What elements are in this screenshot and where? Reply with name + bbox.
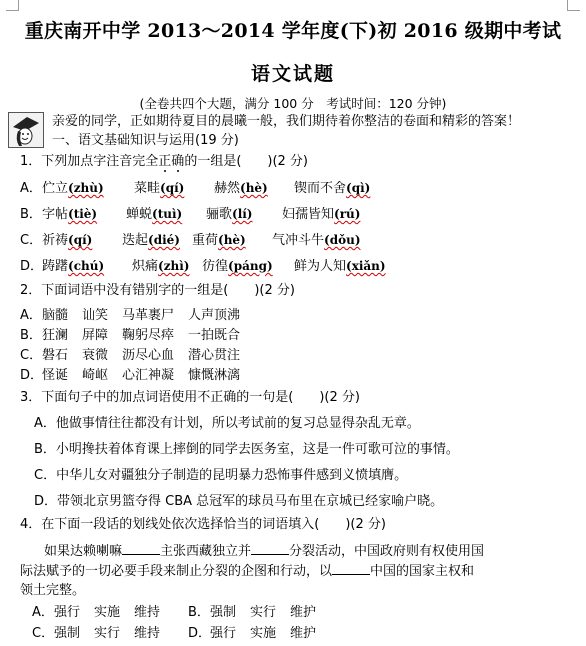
fill-blank-3[interactable] <box>332 562 370 575</box>
word: 维持 <box>134 604 188 622</box>
pinyin: (rú) <box>334 207 360 221</box>
graduation-cap-figure-icon <box>9 113 43 147</box>
word: 心汇神凝 <box>122 367 188 385</box>
q4-paragraph-line-2: 际法赋予的一切必要手段来制止分裂的企图和行动，以中国的国家主权和 <box>20 562 474 581</box>
word: 强行 <box>210 625 250 643</box>
word: 彷徨 <box>202 259 228 274</box>
pinyin: (xiǎn) <box>346 259 386 273</box>
word: 实施 <box>250 625 290 643</box>
word: 维护 <box>290 625 316 643</box>
option-label: B． <box>20 206 42 224</box>
word: 维护 <box>290 604 316 622</box>
word: 维持 <box>134 625 188 643</box>
word: 沥尽心血 <box>122 347 188 365</box>
word: 强制 <box>54 625 94 643</box>
word: 实施 <box>94 604 134 622</box>
word: 慷慨淋漓 <box>188 367 240 385</box>
option-label: C． <box>32 625 54 643</box>
paragraph-text: 如果达赖喇嘛 <box>44 544 122 559</box>
option-label: A． <box>32 604 54 622</box>
pinyin: (tiè) <box>68 207 97 221</box>
word: 祈祷 <box>42 233 68 248</box>
pinyin: (lí) <box>232 207 252 221</box>
pinyin: (dǒu) <box>324 233 360 247</box>
q1-stem-text: 的一组是( )(2 分) <box>184 154 308 169</box>
word: 强行 <box>54 604 94 622</box>
q4-options-row-2: C．强制实行维持D．强行实施维护 <box>32 625 316 643</box>
q2-option-b: B．狂澜屏障鞠躬尽瘁一拍既合 <box>20 327 240 345</box>
q4-stem: 4．在下面一段话的划线处依次选择恰当的词语填入( )(2 分) <box>20 516 386 534</box>
greeting-text: 亲爱的同学，正如期待夏目的晨曦一般，我们期待着你整洁的卷面和精彩的答案！ <box>52 113 520 131</box>
word: 骊歌 <box>206 207 232 222</box>
word: 潜心贯注 <box>188 347 240 365</box>
word: 菜畦 <box>134 181 160 196</box>
word: 实行 <box>250 604 290 622</box>
q1-stem: 1．下列加点字注音完全正确的一组是( )(2 分) <box>20 153 308 171</box>
q3-option-c: C．中华儿女对疆独分子制造的昆明暴力恐怖事件感到义愤填膺。 <box>34 467 407 485</box>
word: 迭起 <box>122 233 148 248</box>
option-label: B． <box>188 604 210 622</box>
q3-stem: 3．下面句子中的加点词语使用不正确的一句是( )(2 分) <box>20 389 360 407</box>
exam-title: 重庆南开中学 2013～2014 学年度(下)初 2016 级期中考试 <box>0 16 586 43</box>
option-label: D． <box>20 367 42 385</box>
option-label: C． <box>20 347 42 365</box>
word: 狂澜 <box>42 327 82 345</box>
word: 赫然 <box>214 181 240 196</box>
word: 气冲斗牛 <box>272 233 324 248</box>
word: 讪笑 <box>82 307 122 325</box>
paragraph-text: 分裂活动，中国政府则有权使用国 <box>289 544 484 559</box>
pinyin: (zhì) <box>158 259 189 273</box>
q2-option-d: D．怪诞崎岖心汇神凝慷慨淋漓 <box>20 367 240 385</box>
option-label: A． <box>20 307 42 325</box>
paragraph-text: 主张西藏独立并 <box>160 544 251 559</box>
q1-option-b: B．字帖(tiè)蝉蜕(tuì)骊歌(lí)妇孺皆知(rú) <box>20 205 360 224</box>
q1-option-c: C．祈祷(qí)迭起(dié)重荷(hè)气冲斗牛(dǒu) <box>20 231 361 250</box>
word: 锲而不舍 <box>294 181 346 196</box>
word: 崎岖 <box>82 367 122 385</box>
word: 一拍既合 <box>188 327 240 345</box>
q1-option-d: D．踌躇(chú)炽痛(zhì)彷徨(páng)鲜为人知(xiǎn) <box>20 257 386 276</box>
pinyin: (dié) <box>148 233 180 247</box>
q1-dotted-char: 正 <box>158 154 171 169</box>
word: 蝉蜕 <box>126 207 152 222</box>
option-label: D． <box>20 258 42 276</box>
word: 字帖 <box>42 207 68 222</box>
pinyin: (chú) <box>68 259 104 273</box>
exam-info: (全卷共四个大题，满分 100 分 考试时间：120 分钟) <box>0 94 586 112</box>
pinyin: (hè) <box>218 233 246 247</box>
word: 马革裹尸 <box>122 307 188 325</box>
word: 人声顶沸 <box>188 307 240 325</box>
word: 踌躇 <box>42 259 68 274</box>
word: 怪诞 <box>42 367 82 385</box>
exam-subtitle: 语文试题 <box>0 59 586 86</box>
option-label: B． <box>20 327 42 345</box>
fill-blank-1[interactable] <box>122 542 160 555</box>
fill-blank-2[interactable] <box>251 542 289 555</box>
q1-dotted-char: 确 <box>171 154 184 169</box>
pinyin: (hè) <box>240 181 268 195</box>
option-label: D． <box>188 625 210 643</box>
word: 鞠躬尽瘁 <box>122 327 188 345</box>
q3-option-b: B．小明搀扶着体育课上摔倒的同学去医务室，这是一件可歌可泣的事情。 <box>34 441 459 459</box>
page-corner-mark-left <box>6 0 19 11</box>
word: 妇孺皆知 <box>282 207 334 222</box>
q2-option-a: A．脑髓讪笑马革裹尸人声顶沸 <box>20 307 240 325</box>
word: 伫立 <box>42 181 68 196</box>
pinyin: (qí) <box>68 233 92 247</box>
q3-option-d: D．带领北京男篮夺得 CBA 总冠军的球员马布里在京城已经家喻户晓。 <box>34 493 443 511</box>
word: 屏障 <box>82 327 122 345</box>
word: 炽痛 <box>132 259 158 274</box>
q3-option-a: A．他做事情往往都没有计划，所以考试前的复习总显得杂乱无章。 <box>34 415 420 433</box>
word: 鲜为人知 <box>294 259 346 274</box>
word: 重荷 <box>192 233 218 248</box>
section-1-heading: 一、语文基础知识与运用(19 分) <box>52 132 239 150</box>
pinyin: (páng) <box>228 259 273 273</box>
word: 脑髓 <box>42 307 82 325</box>
pinyin: (tuì) <box>152 207 182 221</box>
word: 强制 <box>210 604 250 622</box>
q1-stem-text: 1．下列加点字注音完全 <box>20 154 158 169</box>
q1-option-a: A．伫立(zhù)菜畦(qí)赫然(hè)锲而不舍(qì) <box>20 179 370 198</box>
paragraph-text: 中国的国家主权和 <box>370 564 474 579</box>
pinyin: (qí) <box>160 181 184 195</box>
cartoon-student-icon <box>8 112 44 148</box>
q4-paragraph-line-1: 如果达赖喇嘛主张西藏独立并分裂活动，中国政府则有权使用国 <box>44 542 484 561</box>
word: 衰微 <box>82 347 122 365</box>
word: 实行 <box>94 625 134 643</box>
word: 磐石 <box>42 347 82 365</box>
q4-paragraph-line-3: 领土完整。 <box>20 582 85 600</box>
option-label: A． <box>20 180 42 198</box>
option-label: C． <box>20 232 42 250</box>
paragraph-text: 际法赋予的一切必要手段来制止分裂的企图和行动，以 <box>20 564 332 579</box>
q4-options-row-1: A．强行实施维持B．强制实行维护 <box>32 604 316 622</box>
pinyin: (zhù) <box>68 181 104 195</box>
q2-option-c: C．磐石衰微沥尽心血潜心贯注 <box>20 347 240 365</box>
q2-stem: 2．下面词语中没有错别字的一组是( )(2 分) <box>20 282 295 300</box>
pinyin: (qì) <box>346 181 370 195</box>
page-corner-mark-right <box>567 0 580 11</box>
